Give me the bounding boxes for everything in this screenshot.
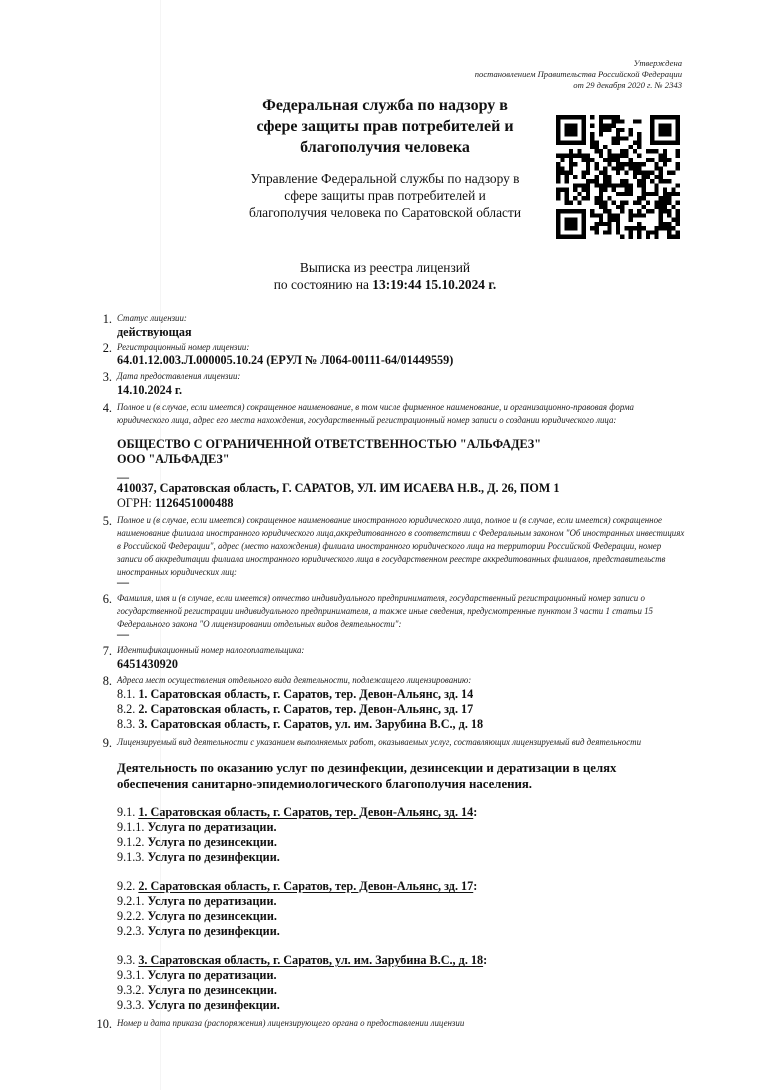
- extract-as-of: по состоянию на 13:19:44 15.10.2024 г.: [232, 276, 538, 293]
- department-title-line: благополучия человека по Саратовской обл…: [232, 204, 538, 221]
- agency-title-line: благополучия человека: [232, 137, 538, 158]
- department-title: Управление Федеральной службы по надзору…: [232, 170, 538, 221]
- item-number: 6.: [90, 592, 112, 606]
- service-number: 9.2.3.: [117, 924, 144, 938]
- agency-title-line: Федеральная служба по надзору в: [232, 95, 538, 116]
- legal-entity-full-name: ОБЩЕСТВО С ОГРАНИЧЕННОЙ ОТВЕТСТВЕННОСТЬЮ…: [117, 437, 687, 452]
- order-label: Номер и дата приказа (распоряжения) лице…: [117, 1017, 687, 1030]
- item-number: 9.: [90, 736, 112, 750]
- site-heading: 9.3. 3. Саратовская область, г. Саратов,…: [117, 953, 487, 968]
- department-title-line: сфере защиты прав потребителей и: [232, 187, 538, 204]
- issue-date-label: Дата предоставления лицензии:: [117, 370, 687, 383]
- site-colon: :: [483, 953, 487, 967]
- license-status-label: Статус лицензии:: [117, 312, 687, 325]
- service-item: 9.3.3. Услуга по дезинфекции.: [117, 998, 280, 1013]
- legal-entity-short-name: ООО "АЛЬФАДЕЗ": [117, 452, 687, 467]
- ogrn: ОГРН: 1126451000488: [117, 496, 687, 511]
- qr-code-icon: [556, 115, 680, 239]
- service-number: 9.3.3.: [117, 998, 144, 1012]
- site-number: 9.3.: [117, 953, 135, 967]
- item-number: 1.: [90, 312, 112, 326]
- service-number: 9.3.2.: [117, 983, 144, 997]
- license-status-value: действующая: [117, 325, 687, 340]
- issue-date-value: 14.10.2024 г.: [117, 383, 687, 398]
- service-item: 9.1.3. Услуга по дезинфекции.: [117, 850, 280, 865]
- service-item: 9.2.3. Услуга по дезинфекции.: [117, 924, 280, 939]
- ogrn-label: ОГРН:: [117, 496, 152, 510]
- service-text: Услуга по дезинфекции.: [147, 924, 279, 938]
- address-text: 1. Саратовская область, г. Саратов, тер.…: [138, 687, 473, 701]
- service-text: Услуга по дератизации.: [147, 820, 276, 834]
- as-of-prefix: по состоянию на: [274, 277, 369, 292]
- service-item: 9.1.1. Услуга по дератизации.: [117, 820, 277, 835]
- inn-label: Идентификационный номер налогоплательщик…: [117, 644, 687, 657]
- item-number: 8.: [90, 674, 112, 688]
- item-number: 4.: [90, 401, 112, 415]
- entrepreneur-label: Фамилия, имя и (в случае, если имеется) …: [117, 592, 687, 631]
- item-number: 7.: [90, 644, 112, 658]
- service-number: 9.1.2.: [117, 835, 144, 849]
- legal-entity-address: 410037, Саратовская область, Г. САРАТОВ,…: [117, 481, 687, 496]
- activity-address: 8.3. 3. Саратовская область, г. Саратов,…: [117, 717, 483, 732]
- activity-address: 8.2. 2. Саратовская область, г. Саратов,…: [117, 702, 473, 717]
- as-of-value: 13:19:44 15.10.2024 г.: [372, 277, 496, 292]
- site-number: 9.1.: [117, 805, 135, 819]
- address-number: 8.3.: [117, 717, 135, 731]
- site-heading: 9.1. 1. Саратовская область, г. Саратов,…: [117, 805, 477, 820]
- inn-value: 6451430920: [117, 657, 687, 672]
- approval-line-1: Утверждена: [475, 58, 682, 69]
- item-number: 3.: [90, 370, 112, 384]
- service-text: Услуга по дезинсекции.: [147, 983, 276, 997]
- service-text: Услуга по дезинсекции.: [147, 835, 276, 849]
- service-number: 9.1.3.: [117, 850, 144, 864]
- service-text: Услуга по дезинфекции.: [147, 850, 279, 864]
- service-number: 9.1.1.: [117, 820, 144, 834]
- reg-number-value: 64.01.12.003.Л.000005.10.24 (ЕРУЛ № Л064…: [117, 353, 687, 368]
- ogrn-value: 1126451000488: [155, 496, 234, 510]
- address-number: 8.2.: [117, 702, 135, 716]
- extract-heading: Выписка из реестра лицензий по состоянию…: [232, 259, 538, 293]
- site-heading: 9.2. 2. Саратовская область, г. Саратов,…: [117, 879, 477, 894]
- service-item: 9.2.2. Услуга по дезинсекции.: [117, 909, 277, 924]
- site-colon: :: [473, 805, 477, 819]
- address-number: 8.1.: [117, 687, 135, 701]
- legal-entity-label: Полное и (в случае, если имеется) сокращ…: [117, 401, 687, 427]
- service-text: Услуга по дезинфекции.: [147, 998, 279, 1012]
- service-number: 9.3.1.: [117, 968, 144, 982]
- service-item: 9.3.1. Услуга по дератизации.: [117, 968, 277, 983]
- foreign-entity-label: Полное и (в случае, если имеется) сокращ…: [117, 514, 687, 579]
- site-number: 9.2.: [117, 879, 135, 893]
- item-number: 5.: [90, 514, 112, 528]
- site-address: 2. Саратовская область, г. Саратов, тер.…: [138, 879, 473, 893]
- entrepreneur-value: —: [117, 628, 129, 640]
- service-item: 9.3.2. Услуга по дезинсекции.: [117, 983, 277, 998]
- activity-address: 8.1. 1. Саратовская область, г. Саратов,…: [117, 687, 473, 702]
- service-text: Услуга по дезинсекции.: [147, 909, 276, 923]
- item-number: 2.: [90, 341, 112, 355]
- department-title-line: Управление Федеральной службы по надзору…: [232, 170, 538, 187]
- item-number: 10.: [90, 1017, 112, 1031]
- agency-title: Федеральная служба по надзору в сфере за…: [232, 95, 538, 158]
- agency-title-line: сфере защиты прав потребителей и: [232, 116, 538, 137]
- licensed-activity-label: Лицензируемый вид деятельности с указани…: [117, 736, 687, 749]
- service-item: 9.1.2. Услуга по дезинсекции.: [117, 835, 277, 850]
- approval-line-2: постановлением Правительства Российской …: [475, 69, 682, 80]
- address-text: 3. Саратовская область, г. Саратов, ул. …: [138, 717, 483, 731]
- approval-line-3: от 29 декабря 2020 г. № 2343: [475, 80, 682, 91]
- site-colon: :: [473, 879, 477, 893]
- approval-note: Утверждена постановлением Правительства …: [475, 58, 682, 91]
- service-item: 9.2.1. Услуга по дератизации.: [117, 894, 277, 909]
- site-address: 1. Саратовская область, г. Саратов, тер.…: [138, 805, 473, 819]
- service-number: 9.2.2.: [117, 909, 144, 923]
- extract-title: Выписка из реестра лицензий: [232, 259, 538, 276]
- service-text: Услуга по дератизации.: [147, 968, 276, 982]
- foreign-entity-value: —: [117, 576, 129, 588]
- site-address: 3. Саратовская область, г. Саратов, ул. …: [138, 953, 483, 967]
- service-text: Услуга по дератизации.: [147, 894, 276, 908]
- licensed-activity-value: Деятельность по оказанию услуг по дезинф…: [117, 760, 687, 792]
- address-text: 2. Саратовская область, г. Саратов, тер.…: [138, 702, 473, 716]
- service-number: 9.2.1.: [117, 894, 144, 908]
- activity-addresses-label: Адреса мест осуществления отдельного вид…: [117, 674, 687, 687]
